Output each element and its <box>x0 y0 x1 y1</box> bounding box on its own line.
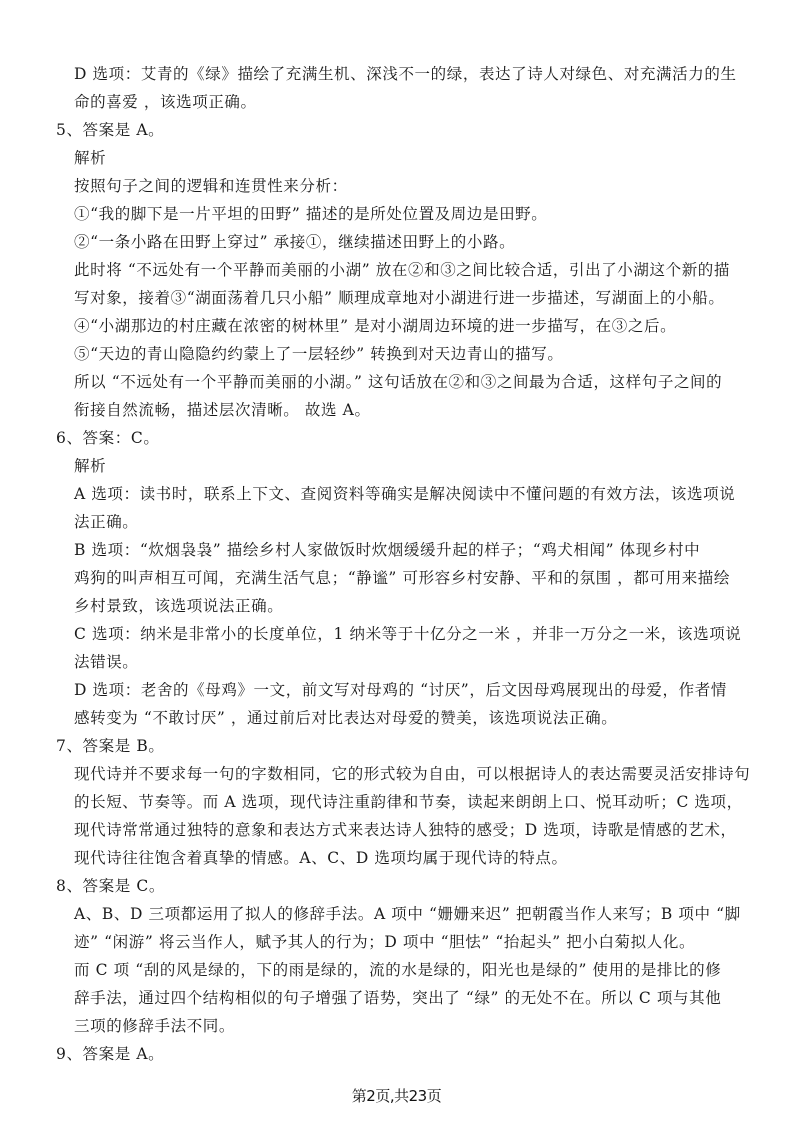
answer-5-analysis-line: 所以 “不远处有一个平静而美丽的小湖。” 这句话放在②和③之间最为合适，这样句子… <box>0 368 793 396</box>
answer-8-analysis-line: A、B、D 三项都运用了拟人的修辞手法。A 项中 “姗姗来迟” 把朝霞当作人来写… <box>0 900 793 928</box>
answer-7-analysis-line: 现代诗往往饱含着真挚的情感。A、C、D 选项均属于现代诗的特点。 <box>0 844 793 872</box>
option-d-analysis-line-2: 命的喜爱 ，该选项正确。 <box>0 88 793 116</box>
answer-5-analysis-line: ④“小湖那边的村庄藏在浓密的树林里” 是对小湖周边环境的进一步描写，在③之后。 <box>0 312 793 340</box>
answer-6-analysis-label: 解析 <box>0 452 793 480</box>
answer-8-analysis-line: 迹” “闲游” 将云当作人，赋予其人的行为；D 项中 “胆怯” “抬起头” 把小… <box>0 928 793 956</box>
page-indicator: 第2页,共23页 <box>0 1085 793 1106</box>
answer-6-analysis-line: 感转变为 “不敢讨厌” ，通过前后对比表达对母爱的赞美，该选项说法正确。 <box>0 704 793 732</box>
answer-5-analysis-line: 此时将 “不远处有一个平静而美丽的小湖” 放在②和③之间比较合适，引出了小湖这个… <box>0 256 793 284</box>
answer-6-analysis-line: 鸡狗的叫声相互可闻，充满生活气息；“静谧” 可形容乡村安静、平和的氛围 ，都可用… <box>0 564 793 592</box>
answer-5-analysis-line: ⑤“天边的青山隐隐约约蒙上了一层轻纱” 转换到对天边青山的描写。 <box>0 340 793 368</box>
answer-7-analysis-line: 的长短、节奏等。而 A 选项，现代诗注重韵律和节奏，读起来朗朗上口、悦耳动听；C… <box>0 788 793 816</box>
answer-5-analysis-line: 衔接自然流畅，描述层次清晰。 故选 A。 <box>0 396 793 424</box>
answer-6-analysis-line: 法正确。 <box>0 508 793 536</box>
answer-8-analysis-line: 而 C 项 “刮的风是绿的，下的雨是绿的，流的水是绿的，阳光也是绿的” 使用的是… <box>0 956 793 984</box>
option-d-analysis-line-1: D 选项：艾青的《绿》描绘了充满生机、深浅不一的绿，表达了诗人对绿色、对充满活力… <box>0 60 793 88</box>
answer-5-heading: 5、答案是 A。 <box>0 116 793 144</box>
answer-6-analysis-line: 乡村景致，该选项说法正确。 <box>0 592 793 620</box>
answer-7-heading: 7、答案是 B。 <box>0 732 793 760</box>
answer-7-analysis-line: 现代诗并不要求每一句的字数相同，它的形式较为自由，可以根据诗人的表达需要灵活安排… <box>0 760 793 788</box>
answer-6-analysis-line: B 选项：“炊烟袅袅” 描绘乡村人家做饭时炊烟缓缓升起的样子；“鸡犬相闻” 体现… <box>0 536 793 564</box>
answer-5-analysis-line: ②“一条小路在田野上穿过” 承接①，继续描述田野上的小路。 <box>0 228 793 256</box>
answer-6-analysis-line: 法错误。 <box>0 648 793 676</box>
answer-6-heading: 6、答案：C。 <box>0 424 793 452</box>
answer-key-page: D 选项：艾青的《绿》描绘了充满生机、深浅不一的绿，表达了诗人对绿色、对充满活力… <box>0 60 793 1068</box>
answer-5-analysis-line: ①“我的脚下是一片平坦的田野” 描述的是所处位置及周边是田野。 <box>0 200 793 228</box>
answer-9-heading: 9、答案是 A。 <box>0 1040 793 1068</box>
answer-8-analysis-line: 辞手法，通过四个结构相似的句子增强了语势，突出了 “绿” 的无处不在。所以 C … <box>0 984 793 1012</box>
answer-8-analysis-line: 三项的修辞手法不同。 <box>0 1012 793 1040</box>
answer-5-analysis-label: 解析 <box>0 144 793 172</box>
answer-6-analysis-line: C 选项：纳米是非常小的长度单位，1 纳米等于十亿分之一米 ，并非一万分之一米，… <box>0 620 793 648</box>
answer-5-analysis-line: 写对象，接着③“湖面荡着几只小船” 顺理成章地对小湖进行进一步描述，写湖面上的小… <box>0 284 793 312</box>
answer-5-analysis-line: 按照句子之间的逻辑和连贯性来分析： <box>0 172 793 200</box>
answer-6-analysis-line: A 选项：读书时，联系上下文、查阅资料等确实是解决阅读中不懂问题的有效方法，该选… <box>0 480 793 508</box>
answer-8-heading: 8、答案是 C。 <box>0 872 793 900</box>
answer-7-analysis-line: 现代诗常常通过独特的意象和表达方式来表达诗人独特的感受；D 选项，诗歌是情感的艺… <box>0 816 793 844</box>
answer-6-analysis-line: D 选项：老舍的《母鸡》一文，前文写对母鸡的 “讨厌”，后文因母鸡展现出的母爱，… <box>0 676 793 704</box>
